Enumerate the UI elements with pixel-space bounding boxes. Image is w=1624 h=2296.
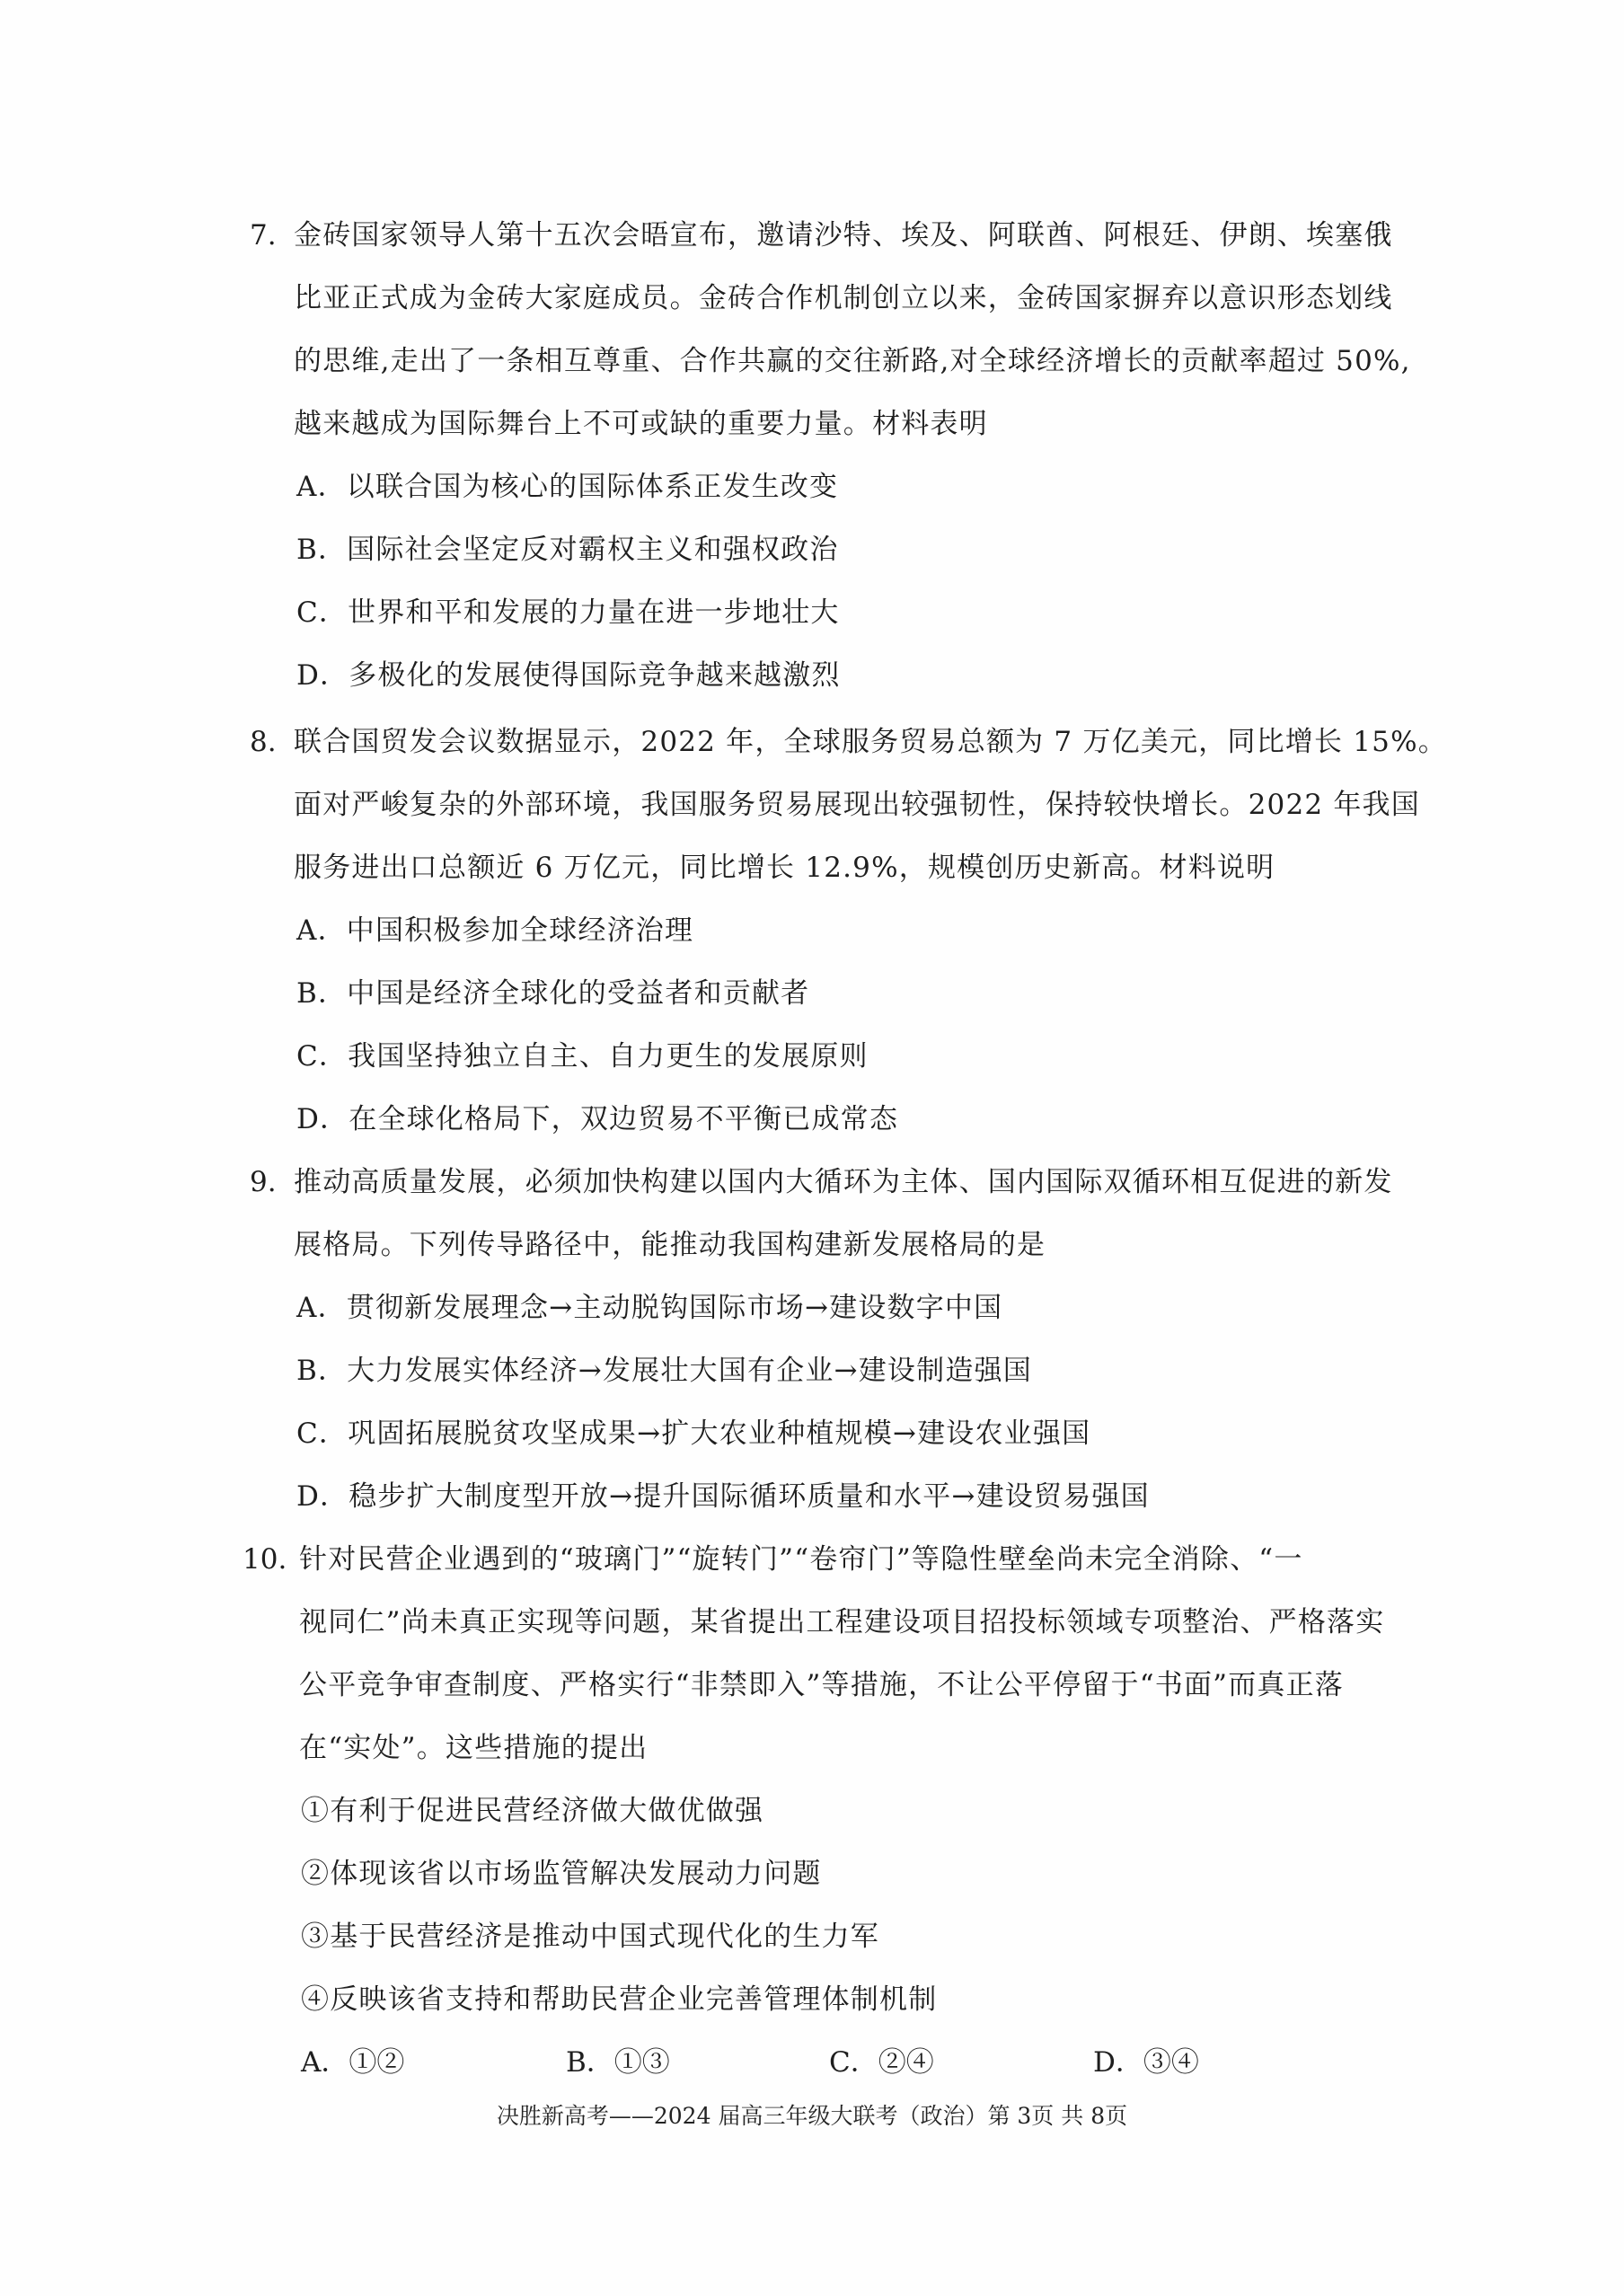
- option-b: B．国际社会坚定反对霸权主义和强权政治: [296, 532, 839, 568]
- option-d: D．③④: [1093, 2044, 1199, 2080]
- option-d: D．多极化的发展使得国际竞争越来越激烈: [296, 658, 841, 693]
- question-stem-line: 公平竞争审查制度、严格实行“非禁即入”等措施，不让公平停留于“书面”而真正落: [299, 1667, 1344, 1703]
- option-a: A．以联合国为核心的国际体系正发生改变: [296, 469, 838, 505]
- statement-4: ④反映该省支持和帮助民营企业完善管理体制机制: [301, 1982, 937, 2018]
- question-stem-line: 比亚正式成为金砖大家庭成员。金砖合作机制创立以来，金砖国家摒弃以意识形态划线: [294, 280, 1393, 316]
- option-b: B．①③: [566, 2044, 670, 2080]
- question-number: 8.: [250, 724, 277, 760]
- question-stem-line: 的思维,走出了一条相互尊重、合作共赢的交往新路,对全球经济增长的贡献率超过 50…: [294, 343, 1411, 379]
- option-c: C．我国坚持独立自主、自力更生的发展原则: [296, 1038, 869, 1074]
- page-footer: 决胜新高考——2024 届高三年级大联考（政治）第 3页 共 8页: [0, 2102, 1624, 2131]
- question-number: 9.: [250, 1164, 277, 1200]
- exam-page: 7. 金砖国家领导人第十五次会晤宣布，邀请沙特、埃及、阿联酋、阿根廷、伊朗、埃塞…: [0, 0, 1624, 2296]
- option-a: A．①②: [301, 2044, 404, 2080]
- question-stem-line: 服务进出口总额近 6 万亿元，同比增长 12.9%，规模创历史新高。材料说明: [294, 850, 1275, 886]
- option-c: C．②④: [829, 2044, 934, 2080]
- option-d: D．在全球化格局下，双边贸易不平衡已成常态: [296, 1101, 898, 1137]
- option-c: C．世界和平和发展的力量在进一步地壮大: [296, 595, 840, 631]
- option-c: C．巩固拓展脱贫攻坚成果→扩大农业种植规模→建设农业强国: [296, 1416, 1090, 1452]
- option-a: A．贯彻新发展理念→主动脱钩国际市场→建设数字中国: [296, 1290, 1002, 1326]
- option-a: A．中国积极参加全球经济治理: [296, 913, 693, 949]
- question-stem-line: 面对严峻复杂的外部环境，我国服务贸易展现出较强韧性，保持较快增长。2022 年我…: [294, 787, 1420, 823]
- question-number: 7.: [250, 217, 277, 253]
- option-d: D．稳步扩大制度型开放→提升国际循环质量和水平→建设贸易强国: [296, 1479, 1150, 1514]
- statement-2: ②体现该省以市场监管解决发展动力问题: [301, 1856, 822, 1892]
- question-stem-line: 视同仁”尚未真正实现等问题，某省提出工程建设项目招投标领域专项整治、严格落实: [299, 1604, 1384, 1640]
- question-number: 10.: [243, 1541, 287, 1577]
- statement-1: ①有利于促进民营经济做大做优做强: [301, 1793, 763, 1829]
- question-stem-line: 联合国贸发会议数据显示，2022 年，全球服务贸易总额为 7 万亿美元，同比增长…: [294, 724, 1447, 760]
- question-stem-line: 针对民营企业遇到的“玻璃门”“旋转门”“卷帘门”等隐性壁垒尚未完全消除、“一: [299, 1541, 1303, 1577]
- question-stem-line: 推动高质量发展，必须加快构建以国内大循环为主体、国内国际双循环相互促进的新发: [294, 1164, 1393, 1200]
- option-b: B．大力发展实体经济→发展壮大国有企业→建设制造强国: [296, 1353, 1032, 1389]
- question-stem-line: 展格局。下列传导路径中，能推动我国构建新发展格局的是: [294, 1227, 1046, 1263]
- question-stem-line: 越来越成为国际舞台上不可或缺的重要力量。材料表明: [294, 406, 988, 442]
- question-stem-line: 金砖国家领导人第十五次会晤宣布，邀请沙特、埃及、阿联酋、阿根廷、伊朗、埃塞俄: [294, 217, 1393, 253]
- option-b: B．中国是经济全球化的受益者和贡献者: [296, 976, 809, 1011]
- question-stem-line: 在“实处”。这些措施的提出: [299, 1730, 648, 1766]
- statement-3: ③基于民营经济是推动中国式现代化的生力军: [301, 1919, 879, 1955]
